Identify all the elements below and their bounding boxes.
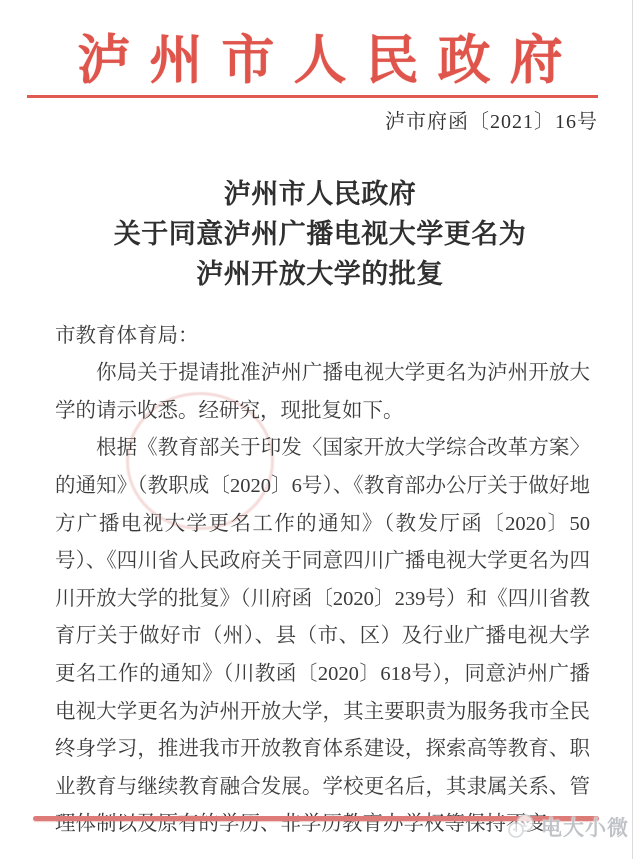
- watermark-label: 电大小微: [541, 812, 629, 842]
- body-paragraph: 根据《教育部关于印发〈国家开放大学综合改革方案〉的通知》（教职成〔2020〕6号…: [55, 430, 590, 844]
- document-number: 泸市府函〔2021〕16号: [0, 105, 640, 134]
- official-document-page: 泸州市人民政府 泸市府函〔2021〕16号 泸州市人民政府 关于同意泸州广播电视…: [0, 0, 640, 859]
- title-line-3: 泸州开放大学的批复: [0, 254, 640, 294]
- document-body: 市教育体育局： 你局关于提请批准泸州广播电视大学更名为泸州开放大学的请示收悉。经…: [55, 318, 590, 844]
- scan-edge-line: [632, 0, 633, 859]
- title-line-1: 泸州市人民政府: [0, 174, 640, 214]
- salutation: 市教育体育局：: [55, 318, 590, 356]
- body-paragraph: 你局关于提请批准泸州广播电视大学更名为泸州开放大学的请示收悉。经研究，现批复如下…: [55, 355, 590, 430]
- letterhead: 泸州市人民政府 泸市府函〔2021〕16号: [0, 0, 640, 134]
- letterhead-divider: [27, 95, 598, 98]
- title-line-2: 关于同意泸州广播电视大学更名为: [0, 214, 640, 254]
- source-watermark: 电大小微: [506, 812, 629, 842]
- mascot-icon: [506, 813, 538, 841]
- document-title: 泸州市人民政府 关于同意泸州广播电视大学更名为 泸州开放大学的批复: [0, 174, 640, 294]
- issuing-agency-name: 泸州市人民政府: [0, 0, 640, 90]
